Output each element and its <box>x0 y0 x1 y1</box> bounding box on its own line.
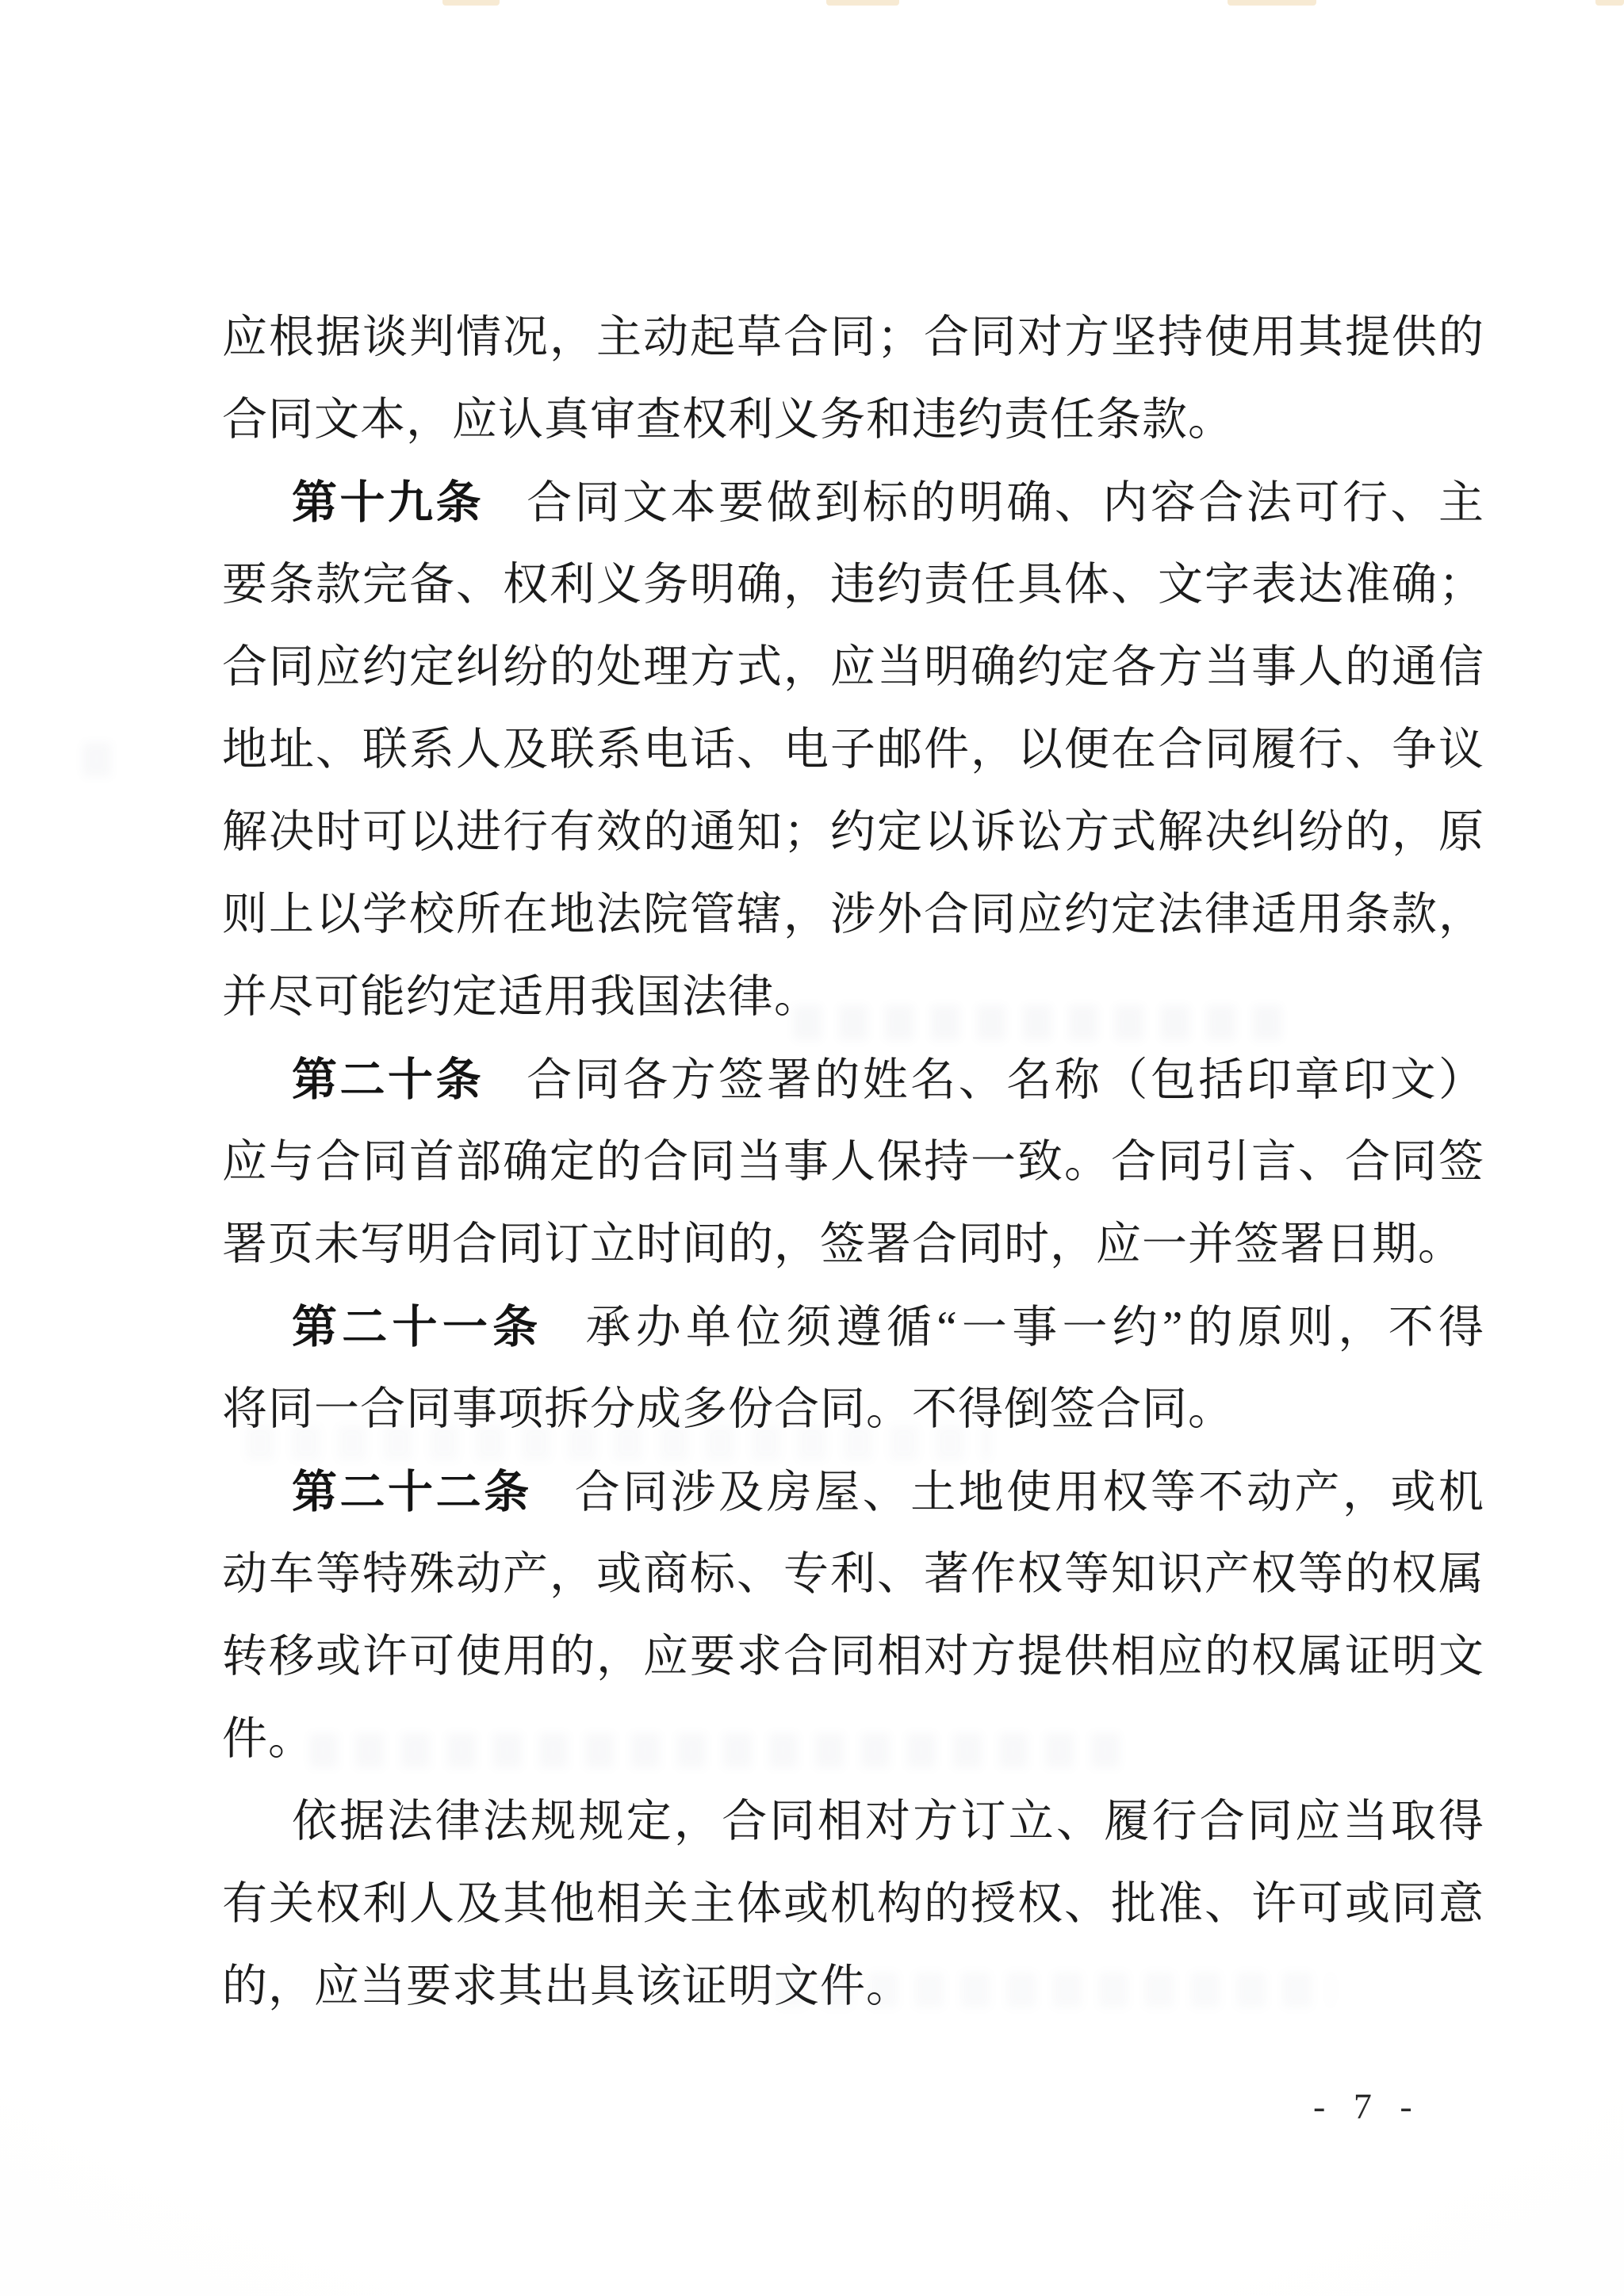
line-text: 承办单位须遵循“一事一约”的原则，不得 <box>585 1303 1484 1353</box>
line-text: 署页未写明合同订立时间的，签署合同时，应一并签署日期。 <box>222 1219 1464 1269</box>
text-line: 应与合同首部确定的合同当事人保持一致。合同引言、合同签 <box>222 1121 1484 1203</box>
line-text: 有关权利人及其他相关主体或机构的授权、批准、许可或同意 <box>222 1879 1484 1929</box>
page-number: - 7 - <box>1313 2085 1422 2127</box>
text-line: 解决时可以进行有效的通知；约定以诉讼方式解决纠纷的，原 <box>222 791 1484 874</box>
line-text: 合同各方签署的姓名、名称（包括印章印文） <box>527 1055 1484 1105</box>
text-line: 则上以学校所在地法院管辖，涉外合同应约定法律适用条款， <box>222 874 1484 956</box>
top-edge-artifact <box>1595 0 1624 6</box>
line-text: 件。 <box>222 1714 314 1764</box>
line-text: 合同应约定纠纷的处理方式，应当明确约定各方当事人的通信 <box>222 642 1484 692</box>
line-text: 应与合同首部确定的合同当事人保持一致。合同引言、合同签 <box>222 1137 1484 1187</box>
text-line: 合同文本，应认真审查权利义务和违约责任条款。 <box>222 379 1484 461</box>
article-number-label: 第二十条 <box>292 1054 484 1105</box>
text-line: 将同一合同事项拆分成多份合同。不得倒签合同。 <box>222 1368 1484 1451</box>
text-line: 署页未写明合同订立时间的，签署合同时，应一并签署日期。 <box>222 1203 1484 1286</box>
text-line: 应根据谈判情况，主动起草合同；合同对方坚持使用其提供的 <box>222 297 1484 379</box>
text-line: 第十九条合同文本要做到标的明确、内容合法可行、主 <box>222 461 1484 544</box>
line-text: 解决时可以进行有效的通知；约定以诉讼方式解决纠纷的，原 <box>222 807 1484 857</box>
document-body: 应根据谈判情况，主动起草合同；合同对方坚持使用其提供的 合同文本，应认真审查权利… <box>222 297 1484 2028</box>
article-number-label: 第十九条 <box>292 477 484 528</box>
text-line: 第二十条合同各方签署的姓名、名称（包括印章印文） <box>222 1039 1484 1121</box>
document-page: 应根据谈判情况，主动起草合同；合同对方坚持使用其提供的 合同文本，应认真审查权利… <box>0 0 1624 2296</box>
line-text: 转移或许可使用的，应要求合同相对方提供相应的权属证明文 <box>222 1632 1484 1682</box>
article-number-label: 第二十一条 <box>292 1302 542 1353</box>
text-line: 第二十一条承办单位须遵循“一事一约”的原则，不得 <box>222 1286 1484 1368</box>
line-text: 的，应当要求其出具该证明文件。 <box>222 1961 912 2011</box>
line-text: 将同一合同事项拆分成多份合同。不得倒签合同。 <box>222 1384 1234 1434</box>
text-line: 合同应约定纠纷的处理方式，应当明确约定各方当事人的通信 <box>222 626 1484 709</box>
line-text: 应根据谈判情况，主动起草合同；合同对方坚持使用其提供的 <box>222 312 1484 362</box>
line-text: 地址、联系人及联系电话、电子邮件，以便在合同履行、争议 <box>222 725 1484 775</box>
text-line: 依据法律法规规定，合同相对方订立、履行合同应当取得 <box>222 1781 1484 1863</box>
text-line: 转移或许可使用的，应要求合同相对方提供相应的权属证明文 <box>222 1616 1484 1698</box>
line-text: 合同文本，应认真审查权利义务和违约责任条款。 <box>222 395 1234 445</box>
text-line: 地址、联系人及联系电话、电子邮件，以便在合同履行、争议 <box>222 709 1484 791</box>
text-line: 要条款完备、权利义务明确，违约责任具体、文字表达准确； <box>222 544 1484 626</box>
top-edge-artifact <box>1228 0 1316 6</box>
top-edge-artifact <box>442 0 500 6</box>
text-line: 第二十二条合同涉及房屋、土地使用权等不动产，或机 <box>222 1451 1484 1533</box>
top-edge-artifact <box>826 0 899 6</box>
bleed-through-artifact <box>82 742 114 777</box>
line-text: 依据法律法规规定，合同相对方订立、履行合同应当取得 <box>292 1797 1484 1846</box>
line-text: 则上以学校所在地法院管辖，涉外合同应约定法律适用条款， <box>222 890 1484 939</box>
line-text: 要条款完备、权利义务明确，违约责任具体、文字表达准确； <box>222 560 1484 610</box>
text-line: 并尽可能约定适用我国法律。 <box>222 956 1484 1039</box>
text-line: 件。 <box>222 1698 1484 1781</box>
line-text: 并尽可能约定适用我国法律。 <box>222 972 820 1022</box>
line-text: 合同文本要做到标的明确、内容合法可行、主 <box>527 478 1484 528</box>
text-line: 有关权利人及其他相关主体或机构的授权、批准、许可或同意 <box>222 1863 1484 1946</box>
line-text: 合同涉及房屋、土地使用权等不动产，或机 <box>575 1468 1484 1517</box>
text-line: 的，应当要求其出具该证明文件。 <box>222 1946 1484 2028</box>
article-number-label: 第二十二条 <box>292 1467 532 1517</box>
line-text: 动车等特殊动产，或商标、专利、著作权等知识产权等的权属 <box>222 1549 1484 1599</box>
text-line: 动车等特殊动产，或商标、专利、著作权等知识产权等的权属 <box>222 1533 1484 1616</box>
